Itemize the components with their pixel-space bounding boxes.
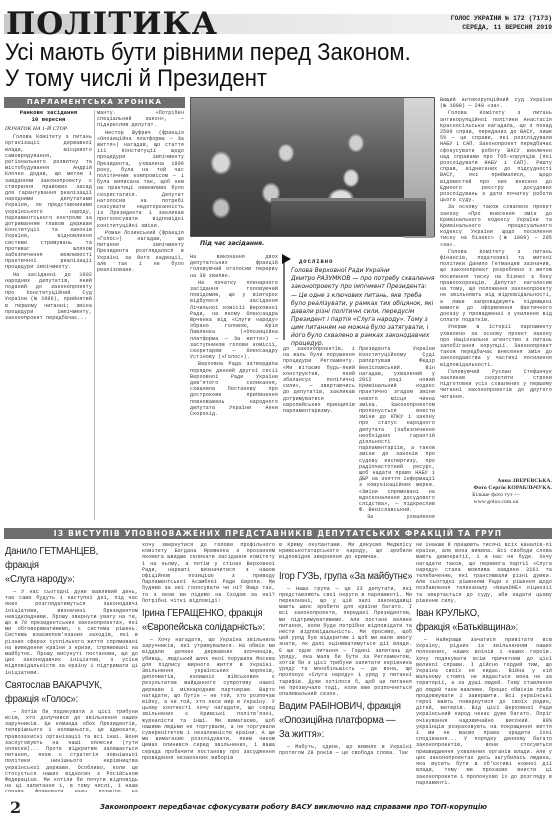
- speech-text: — Наша група — це 23 депутати, які предс…: [279, 586, 412, 698]
- speaker-faction-name: За життя»:: [279, 727, 399, 741]
- paragraph: Президента України Конституційному Суді …: [359, 346, 435, 513]
- speech-text: не інакше й працюють тисячі всіх каналів…: [416, 542, 552, 604]
- factions-column-2: хочу звернутися до голови профільного ко…: [142, 542, 275, 792]
- author: Анна ЗВЕРЕВСЬКА.: [440, 478, 552, 485]
- photo-bench: [271, 198, 426, 236]
- paragraph: Роман Лозинський (фракція «Голос») нагад…: [97, 230, 184, 273]
- quote-speaker: Дмитро РАЗУМКОВ — про потребу схвалення …: [291, 275, 435, 291]
- more-photos: Більше фото тут —: [440, 492, 552, 499]
- paragraph: За основу також схвалено проект закону «…: [440, 204, 552, 247]
- speaker-faction: фракція «Батьківщина»:: [416, 620, 538, 634]
- speech-text: — Найкраще зачатися привітати всю Україн…: [416, 637, 552, 786]
- quote-box: ДОСЛІВНО Голова Верховної Ради України Д…: [283, 258, 435, 340]
- speech-text: — Хотів би подякувати з цієї трибуни всі…: [5, 709, 138, 792]
- speaker-name: Ігор ГУЗЬ, група «За майбутнє»:: [279, 569, 399, 583]
- paragraph: Голова Комітету з питань організації дер…: [5, 134, 92, 270]
- paragraph: На виконання двох депутатських фракцій г…: [190, 254, 278, 279]
- issue-date: СЕРЕДА, 11 ВЕРЕСНЯ 2019: [451, 23, 552, 32]
- photo-credit: Фото Сергія КОРАБЛЬЧУКА.: [440, 485, 552, 492]
- headline-line-1: Усі мають бути рівними перед Законом.: [5, 40, 483, 66]
- issue-info: ГОЛОС УКРАЇНИ № 172 (7173) СЕРЕДА, 11 ВЕ…: [451, 14, 552, 32]
- speech-text: — Хочу нагадати, що Україна звільнила за…: [142, 637, 275, 761]
- speaker-name: Вадим РАБІНОВИЧ, фракція: [279, 699, 399, 713]
- paragraph: Нестор Шуфрич (фракція «Опозиційна платф…: [97, 130, 184, 229]
- chronicle-section-bar: ПАРЛАМЕНТСЬКА ХРОНІКА: [4, 97, 185, 108]
- continued-note: ПОЧАТОК НА 1-Й СТОР.: [5, 126, 92, 132]
- speech-text: в Криму окупантами. Ми дякуємо Меджлісу …: [279, 542, 412, 561]
- factions-column-1: Данило ГЕТМАНЦЕВ, фракція «Слуга народу»…: [5, 542, 138, 792]
- quote-text: — Це одне з ключових питань, яке треба б…: [291, 292, 435, 348]
- speech-text: хочу звернутися до голови профільного ко…: [142, 542, 275, 604]
- factions-column-4: не інакше й працюють тисячі всіх каналів…: [416, 542, 552, 792]
- session-title: Ранкове засідання: [5, 110, 92, 117]
- speaker-name: Святослав ВАКАРЧУК,: [5, 678, 125, 692]
- speaker-faction: фракція: [5, 558, 125, 572]
- speaker-heading: Святослав ВАКАРЧУК, фракція «Голос»:: [5, 678, 125, 706]
- paragraph: манту. «Потрібен спеціальний закон», — п…: [97, 110, 184, 129]
- chronicle-column-2: манту. «Потрібен спеціальний закон», — п…: [97, 110, 184, 520]
- column-divider: [94, 110, 95, 520]
- session-photo: [190, 97, 435, 237]
- chronicle-signoff: Анна ЗВЕРЕВСЬКА. Фото Сергія КОРАБЛЬЧУКА…: [440, 478, 552, 522]
- speaker-name: Данило ГЕТМАНЦЕВ,: [5, 544, 125, 558]
- speaker-heading: Іван КРУЛЬКО, фракція «Батьківщина»:: [416, 606, 538, 634]
- chronicle-column-3: На виконання двох депутатських фракцій г…: [190, 254, 278, 520]
- page-footer: 2 Законопроект передбачає сфокусувати ро…: [0, 796, 556, 820]
- speaker-heading: Ігор ГУЗЬ, група «За майбутнє»:: [279, 569, 399, 583]
- page-number: 2: [10, 798, 21, 817]
- speaker-name: Іван КРУЛЬКО,: [416, 606, 538, 620]
- quote-speaker-title: Голова Верховної Ради України: [291, 267, 435, 275]
- headline-line-2: У тому числі й Президент: [5, 66, 483, 92]
- speaker-heading: Данило ГЕТМАНЦЕВ, фракція «Слуга народу»…: [5, 544, 125, 586]
- speech-text: — У нас сьогодні дуже важливий день, так…: [5, 589, 138, 676]
- paragraph: до законопроектів, і на жаль були поруше…: [283, 346, 355, 414]
- chronicle-column-4: до законопроектів, і на жаль були поруше…: [283, 346, 355, 520]
- paragraph: Уперше в історії парламенту ухвалено за …: [440, 324, 552, 367]
- paragraph: Голова Комітету з питань антикорупційної…: [440, 110, 552, 203]
- paragraph: Голова Комітету з питань фінансів, подат…: [440, 249, 552, 323]
- paragraph: Головуючий Руслан Стефанчук закликав ско…: [440, 369, 552, 400]
- quote-kicker: ДОСЛІВНО: [299, 258, 435, 265]
- speaker-name: Ірина ГЕРАЩЕНКО, фракція: [142, 606, 262, 620]
- more-photos-link[interactable]: www.golos.com.ua: [440, 499, 552, 506]
- chronicle-column-1: Ранкове засідання 10 вересня ПОЧАТОК НА …: [5, 110, 92, 520]
- quote-attribution: Голова Верховної Ради України Дмитро РАЗ…: [291, 267, 435, 291]
- speaker-faction: фракція «Голос»:: [5, 692, 125, 706]
- chronicle-column-5: Президента України Конституційному Суді …: [359, 346, 435, 520]
- chronicle-column-6: Вищий антикорупційний суд України (№ 100…: [440, 97, 552, 475]
- speaker-faction: «Опозиційна платформа —: [279, 713, 399, 727]
- factions-column-3: в Криму окупантами. Ми дякуємо Меджлісу …: [279, 542, 412, 792]
- footer-teaser: Законопроект передбачає сфокусувати робо…: [100, 803, 487, 811]
- main-headline: Усі мають бути рівними перед Законом. У …: [5, 40, 483, 92]
- paragraph: На початку пленарного засідання головуюч…: [190, 280, 278, 361]
- paragraph: За ухвалення законопроекту в першому чит…: [359, 514, 435, 520]
- section-title: ПОЛІТИКА: [6, 6, 218, 42]
- masthead: ПОЛІТИКА ГОЛОС УКРАЇНИ № 172 (7173) СЕРЕ…: [4, 8, 552, 38]
- speaker-faction-name: «Слуга народу»:: [5, 572, 125, 586]
- paragraph: Вищий антикорупційний суд України (№ 100…: [440, 97, 552, 109]
- speaker-heading: Вадим РАБІНОВИЧ, фракція «Опозиційна пла…: [279, 699, 399, 741]
- factions-section-bar: ІЗ ВИСТУПІВ УПОВНОВАЖЕНИХ ПРЕДСТАВНИКІВ …: [4, 528, 552, 539]
- flag-icon: [282, 254, 291, 264]
- issue-number: ГОЛОС УКРАЇНИ № 172 (7173): [451, 14, 552, 23]
- paragraph: На засіданні до 1002 народних депутатів,…: [5, 272, 92, 322]
- speaker-heading: Ірина ГЕРАЩЕНКО, фракція «Європейська со…: [142, 606, 262, 634]
- paragraph: Верховна Рада затвердила порядок денний …: [190, 361, 278, 417]
- speaker-faction: «Європейська солідарність»:: [142, 620, 262, 634]
- newspaper-page: ПОЛІТИКА ГОЛОС УКРАЇНИ № 172 (7173) СЕРЕ…: [0, 0, 556, 823]
- photo-caption: Під час засідання.: [200, 240, 264, 247]
- session-date: 10 вересня: [5, 117, 92, 124]
- speech-text: — Мабуть, єдине, що вижило в Україні про…: [279, 744, 412, 756]
